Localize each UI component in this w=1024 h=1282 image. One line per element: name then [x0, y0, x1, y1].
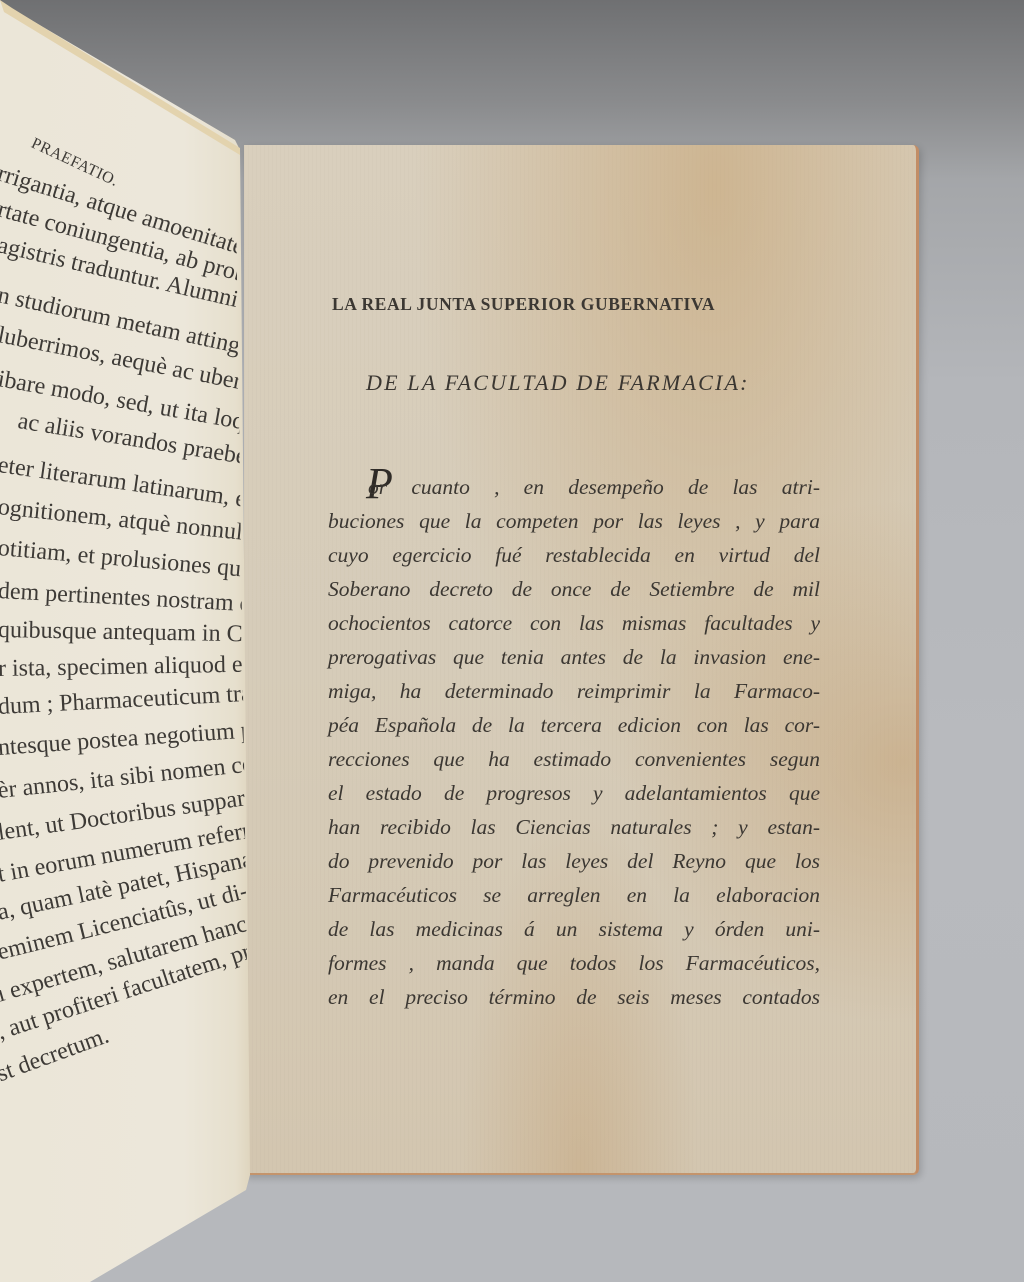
text-line: en el preciso término de seis meses cont…: [328, 980, 820, 1014]
text-line: dem pertinentes nostram dis-: [0, 578, 250, 620]
text-line: Farmacéuticos se arreglen en la elaborac…: [328, 878, 820, 912]
text-line: miga, ha determinado reimprimir la Farma…: [328, 674, 820, 708]
text-line: do prevenido por las leyes del Reyno que…: [328, 844, 820, 878]
text-line: quibusque antequam in Colle-: [0, 617, 250, 649]
text-line: de las medicinas á un sistema y órden un…: [328, 912, 820, 946]
text-line: recciones que ha estimado convenientes s…: [328, 742, 820, 776]
text-line: or cuanto , en desempeño de las atri-: [328, 470, 820, 504]
text-line: r ista, specimen aliquod erit: [0, 651, 250, 683]
right-page-body: or cuanto , en desempeño de las atri- bu…: [328, 470, 820, 1014]
text-line: el estado de progresos y adelantamientos…: [328, 776, 820, 810]
page-heading-junta: LA REAL JUNTA SUPERIOR GUBERNATIVA: [332, 294, 782, 315]
page-heading-facultad: DE LA FACULTAD DE FARMACIA:: [366, 370, 786, 396]
text-line: ochocientos catorce con las mismas facul…: [328, 606, 820, 640]
text-line: péa Española de la tercera edicion con l…: [328, 708, 820, 742]
text-line: han recibido las Ciencias naturales ; y …: [328, 810, 820, 844]
text-line: dum ; Pharmaceuticum tra-: [0, 680, 250, 721]
text-line: cuyo egercicio fué restablecida en virtu…: [328, 538, 820, 572]
left-page-text: PRAEFATIO. rrigantia, atque amoenitatem …: [0, 0, 250, 1282]
text-line: Soberano decreto de once de Setiembre de…: [328, 572, 820, 606]
text-line: buciones que la competen por las leyes ,…: [328, 504, 820, 538]
text-line: formes , manda que todos los Farmacéutic…: [328, 946, 820, 980]
text-line: prerogativas que tenia antes de la invas…: [328, 640, 820, 674]
